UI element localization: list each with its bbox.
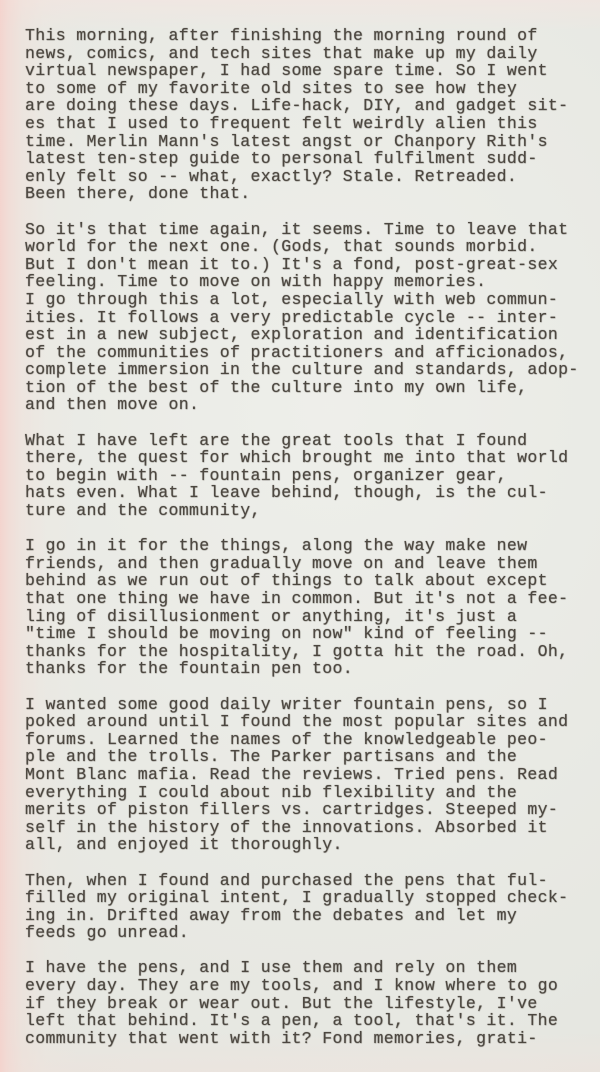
- paragraph-2: So it's that time again, it seems. Time …: [25, 221, 600, 415]
- paragraph-1: This morning, after finishing the mornin…: [25, 27, 600, 203]
- paragraph-3: What I have left are the great tools tha…: [25, 432, 600, 520]
- paragraph-6: Then, when I found and purchased the pen…: [25, 872, 600, 942]
- paragraph-7: I have the pens, and I use them and rely…: [25, 959, 600, 1047]
- paragraph-5: I wanted some good daily writer fountain…: [25, 696, 600, 854]
- paragraph-4: I go in it for the things, along the way…: [25, 537, 600, 678]
- typewritten-page: This morning, after finishing the mornin…: [0, 0, 600, 1072]
